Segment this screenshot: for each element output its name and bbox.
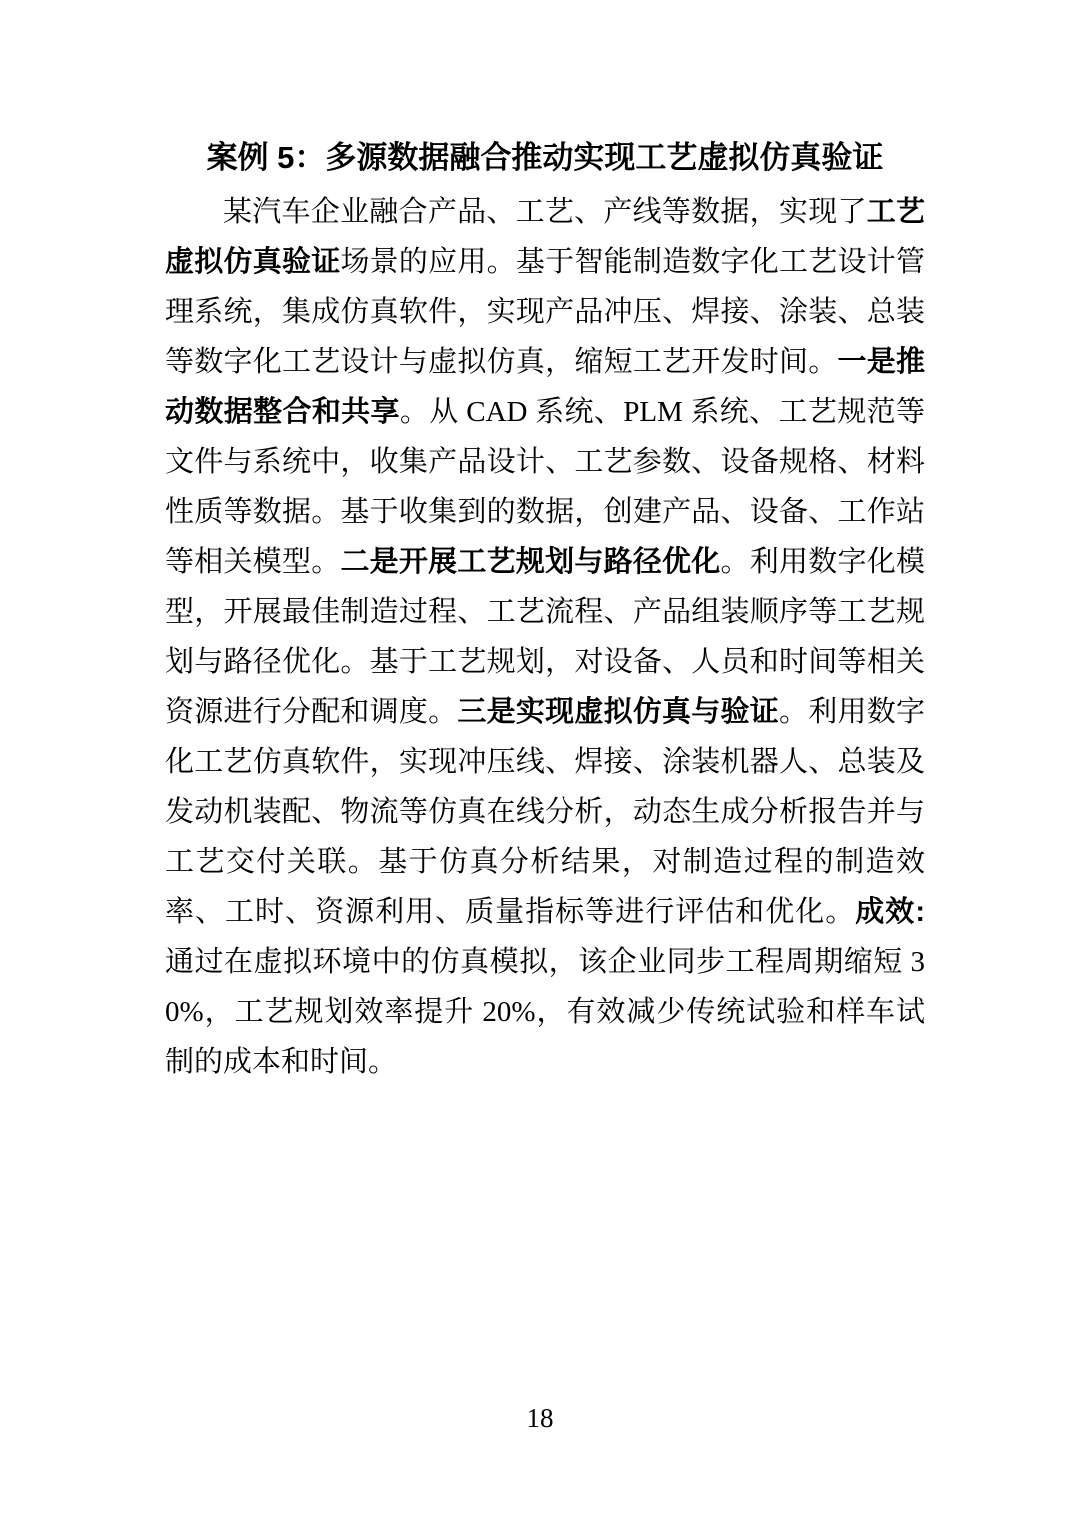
- text-run: 。利用数字化工艺仿真软件，实现冲压线、焊接、涂装机器人、总装及发动机装配、物流等…: [165, 696, 925, 928]
- page-content: 案例 5：多源数据融合推动实现工艺虚拟仿真验证 某汽车企业融合产品、工艺、产线等…: [165, 133, 925, 1087]
- document-page: 案例 5：多源数据融合推动实现工艺虚拟仿真验证 某汽车企业融合产品、工艺、产线等…: [0, 0, 1080, 1527]
- emphasis-run: 成效:: [855, 896, 925, 928]
- emphasis-run: 三是实现虚拟仿真与验证: [457, 696, 779, 728]
- body-paragraph: 某汽车企业融合产品、工艺、产线等数据，实现了工艺虚拟仿真验证场景的应用。基于智能…: [165, 187, 925, 1087]
- emphasis-run: 二是开展工艺规划与路径优化: [340, 546, 720, 578]
- case-title: 案例 5：多源数据融合推动实现工艺虚拟仿真验证: [165, 133, 925, 183]
- text-run: 某汽车企业融合产品、工艺、产线等数据，实现了: [223, 196, 867, 228]
- text-run: 通过在虚拟环境中的仿真模拟，该企业同步工程周期缩短 30%，工艺规划效率提升 2…: [165, 946, 925, 1078]
- page-number: 18: [0, 1403, 1080, 1433]
